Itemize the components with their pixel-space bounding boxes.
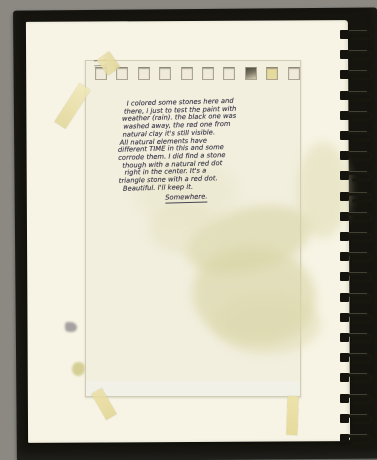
note-text-block: I colored some stones here andthere, i j… — [117, 97, 259, 193]
signature: Somewhere. — [165, 194, 207, 204]
perforation-hole — [159, 67, 171, 80]
sketchbook-photo: I colored some stones here andthere, i j… — [0, 0, 377, 460]
perforation-hole — [266, 67, 278, 80]
perforation-hole — [245, 67, 257, 80]
handwritten-note: I colored some stones here andthere, i j… — [117, 97, 260, 205]
perforation-hole — [202, 67, 214, 80]
note-paper-bottom-edge — [86, 381, 300, 396]
perforation-hole — [288, 67, 300, 80]
perforation-hole — [138, 67, 150, 80]
tape-bottom-right — [286, 396, 298, 435]
perforation-hole — [223, 67, 235, 80]
perforation-hole — [116, 67, 128, 80]
note-line: Beautiful. I'll keep it. — [123, 182, 259, 193]
perforation-hole — [181, 67, 193, 80]
pencil-smudge — [65, 322, 77, 332]
